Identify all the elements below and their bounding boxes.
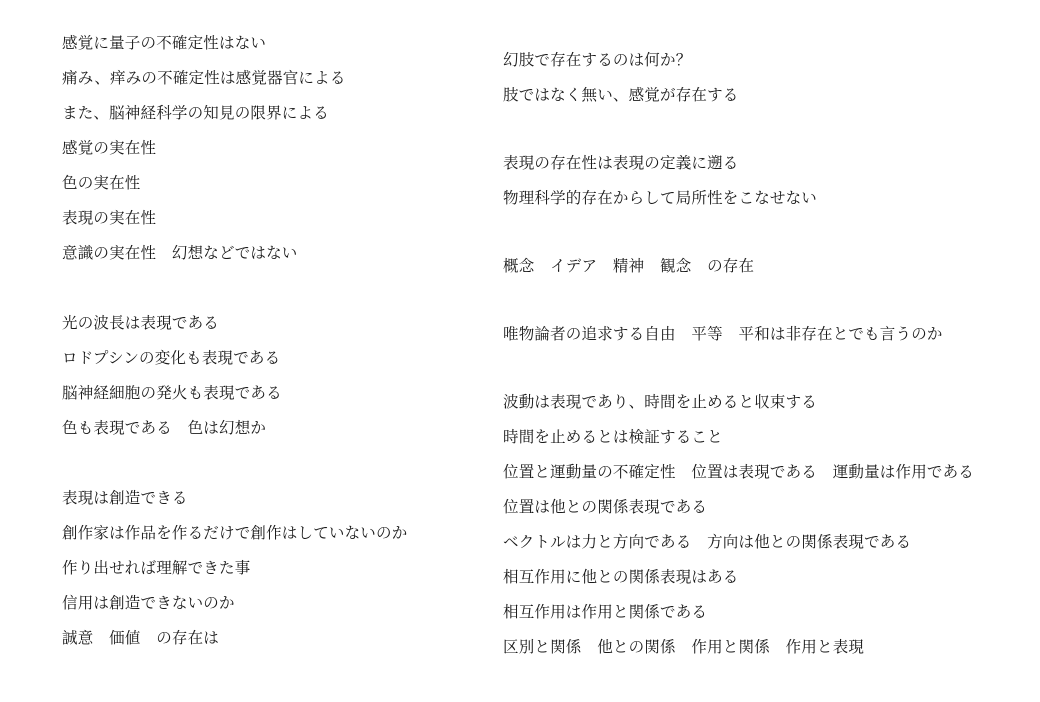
text-line: 位置と運動量の不確定性 位置は表現である 運動量は作用である [503, 455, 974, 490]
text-line: 創作家は作品を作るだけで創作はしていないのか [62, 516, 407, 551]
text-line: 信用は創造できないのか [62, 586, 407, 621]
text-line: 幻肢で存在するのは何か？ [503, 43, 974, 78]
text-line: 表現の存在性は表現の定義に遡る [503, 146, 974, 181]
paragraph-block: 感覚に量子の不確定性はない痛み、痒みの不確定性は感覚器官によるまた、脳神経科学の… [62, 26, 407, 271]
text-line: 作り出せれば理解できた事 [62, 551, 407, 586]
text-line: 誠意 価値 の存在は [62, 621, 407, 656]
text-line: また、脳神経科学の知見の限界による [62, 96, 407, 131]
text-line: 意識の実在性 幻想などではない [62, 236, 407, 271]
text-line: 色の実在性 [62, 166, 407, 201]
text-line: 相互作用に他との関係表現はある [503, 560, 974, 595]
right-text-column: 幻肢で存在するのは何か？肢ではなく無い、感覚が存在する表現の存在性は表現の定義に… [503, 43, 974, 665]
text-line: 脳神経細胞の発火も表現である [62, 376, 407, 411]
text-line: 相互作用は作用と関係である [503, 595, 974, 630]
paragraph-block: 幻肢で存在するのは何か？肢ではなく無い、感覚が存在する [503, 43, 974, 113]
text-line: ベクトルは力と方向である 方向は他との関係表現である [503, 525, 974, 560]
document-page: 感覚に量子の不確定性はない痛み、痒みの不確定性は感覚器官によるまた、脳神経科学の… [0, 0, 1040, 702]
paragraph-block: 光の波長は表現であるロドプシンの変化も表現である脳神経細胞の発火も表現である色も… [62, 306, 407, 446]
text-line: 表現は創造できる [62, 481, 407, 516]
text-line: 表現の実在性 [62, 201, 407, 236]
text-line: 光の波長は表現である [62, 306, 407, 341]
paragraph-block: 表現の存在性は表現の定義に遡る物理科学的存在からして局所性をこなせない [503, 146, 974, 216]
text-line: 物理科学的存在からして局所性をこなせない [503, 181, 974, 216]
text-line: 感覚に量子の不確定性はない [62, 26, 407, 61]
paragraph-block: 唯物論者の追求する自由 平等 平和は非存在とでも言うのか [503, 317, 974, 352]
text-line: 色も表現である 色は幻想か [62, 411, 407, 446]
text-line: 位置は他との関係表現である [503, 490, 974, 525]
left-text-column: 感覚に量子の不確定性はない痛み、痒みの不確定性は感覚器官によるまた、脳神経科学の… [62, 26, 407, 656]
paragraph-block: 概念 イデア 精神 観念 の存在 [503, 249, 974, 284]
paragraph-block: 表現は創造できる創作家は作品を作るだけで創作はしていないのか作り出せれば理解でき… [62, 481, 407, 656]
paragraph-block: 波動は表現であり、時間を止めると収束する時間を止めるとは検証すること位置と運動量… [503, 385, 974, 665]
text-line: 時間を止めるとは検証すること [503, 420, 974, 455]
text-line: 感覚の実在性 [62, 131, 407, 166]
text-line: 唯物論者の追求する自由 平等 平和は非存在とでも言うのか [503, 317, 974, 352]
text-line: 概念 イデア 精神 観念 の存在 [503, 249, 974, 284]
text-line: ロドプシンの変化も表現である [62, 341, 407, 376]
text-line: 区別と関係 他との関係 作用と関係 作用と表現 [503, 630, 974, 665]
text-line: 波動は表現であり、時間を止めると収束する [503, 385, 974, 420]
text-line: 肢ではなく無い、感覚が存在する [503, 78, 974, 113]
text-line: 痛み、痒みの不確定性は感覚器官による [62, 61, 407, 96]
